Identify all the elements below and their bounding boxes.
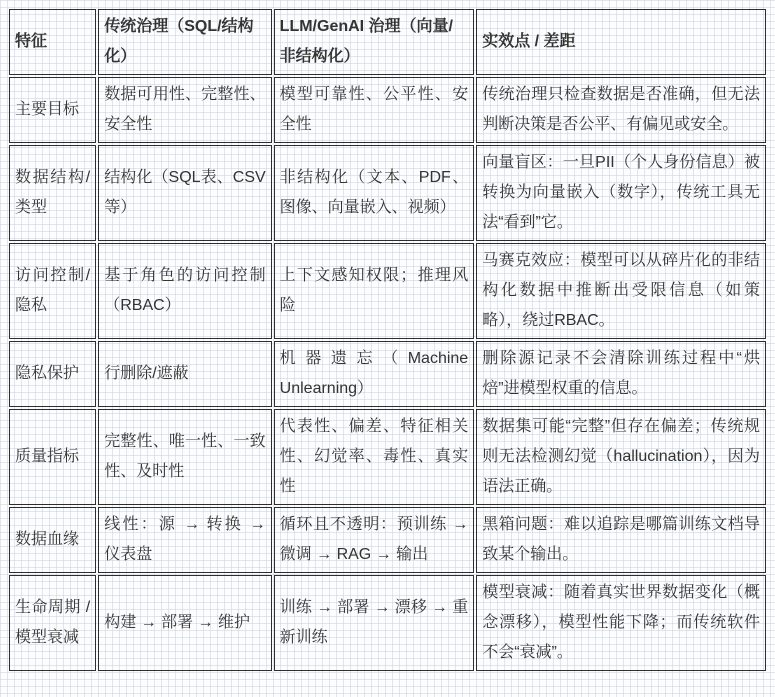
- cell-feature: 数据血缘: [9, 507, 96, 573]
- cell-llm: 训练 → 部署 → 漂移 → 重新训练: [274, 575, 475, 671]
- cell-traditional: 数据可用性、完整性、安全性: [98, 77, 271, 143]
- table-body: 主要目标数据可用性、完整性、安全性模型可靠性、公平性、安全性传统治理只检查数据是…: [9, 77, 766, 671]
- cell-traditional: 构建 → 部署 → 维护: [98, 575, 271, 671]
- cell-llm: 循环且不透明：预训练 → 微调 → RAG → 输出: [274, 507, 475, 573]
- cell-traditional: 基于角色的访问控制（RBAC）: [98, 243, 271, 339]
- header-cell-feature: 特征: [9, 9, 96, 75]
- table-row: 隐私保护行删除/遮蔽机器遗忘（Machine Unlearning）删除源记录不…: [9, 341, 766, 407]
- cell-feature: 主要目标: [9, 77, 96, 143]
- cell-gap: 删除源记录不会清除训练过程中“烘焙”进模型权重的信息。: [476, 341, 766, 407]
- cell-llm: 模型可靠性、公平性、安全性: [274, 77, 475, 143]
- table-row: 访问控制/隐私基于角色的访问控制（RBAC）上下文感知权限；推理风险马赛克效应：…: [9, 243, 766, 339]
- header-cell-traditional: 传统治理（SQL/结构化）: [98, 9, 271, 75]
- table-row: 生命周期 / 模型衰减构建 → 部署 → 维护训练 → 部署 → 漂移 → 重新…: [9, 575, 766, 671]
- header-cell-gap: 实效点 / 差距: [476, 9, 766, 75]
- cell-llm: 机器遗忘（Machine Unlearning）: [274, 341, 475, 407]
- table-row: 质量指标完整性、唯一性、一致性、及时性代表性、偏差、特征相关性、幻觉率、毒性、真…: [9, 409, 766, 505]
- cell-llm: 非结构化（文本、PDF、图像、向量嵌入、视频）: [274, 145, 475, 241]
- cell-traditional: 完整性、唯一性、一致性、及时性: [98, 409, 271, 505]
- cell-traditional: 结构化（SQL表、CSV等）: [98, 145, 271, 241]
- header-row: 特征 传统治理（SQL/结构化） LLM/GenAI 治理（向量/非结构化） 实…: [9, 9, 766, 75]
- cell-feature: 数据结构/类型: [9, 145, 96, 241]
- cell-traditional: 行删除/遮蔽: [98, 341, 271, 407]
- cell-traditional: 线性：源 → 转换 → 仪表盘: [98, 507, 271, 573]
- cell-feature: 隐私保护: [9, 341, 96, 407]
- cell-gap: 黑箱问题：难以追踪是哪篇训练文档导致某个输出。: [476, 507, 766, 573]
- table-row: 数据结构/类型结构化（SQL表、CSV等）非结构化（文本、PDF、图像、向量嵌入…: [9, 145, 766, 241]
- cell-feature: 访问控制/隐私: [9, 243, 96, 339]
- cell-feature: 生命周期 / 模型衰减: [9, 575, 96, 671]
- cell-gap: 模型衰减：随着真实世界数据变化（概念漂移），模型性能下降；而传统软件不会“衰减”…: [476, 575, 766, 671]
- table-header: 特征 传统治理（SQL/结构化） LLM/GenAI 治理（向量/非结构化） 实…: [9, 9, 766, 75]
- cell-feature: 质量指标: [9, 409, 96, 505]
- table-row: 数据血缘线性：源 → 转换 → 仪表盘循环且不透明：预训练 → 微调 → RAG…: [9, 507, 766, 573]
- table-row: 主要目标数据可用性、完整性、安全性模型可靠性、公平性、安全性传统治理只检查数据是…: [9, 77, 766, 143]
- cell-gap: 数据集可能“完整”但存在偏差；传统规则无法检测幻觉（hallucination）…: [476, 409, 766, 505]
- document-page: 特征 传统治理（SQL/结构化） LLM/GenAI 治理（向量/非结构化） 实…: [0, 0, 775, 673]
- governance-comparison-table: 特征 传统治理（SQL/结构化） LLM/GenAI 治理（向量/非结构化） 实…: [7, 7, 768, 673]
- cell-llm: 上下文感知权限；推理风险: [274, 243, 475, 339]
- cell-gap: 向量盲区：一旦PII（个人身份信息）被转换为向量嵌入（数字），传统工具无法“看到…: [476, 145, 766, 241]
- cell-llm: 代表性、偏差、特征相关性、幻觉率、毒性、真实性: [274, 409, 475, 505]
- cell-gap: 传统治理只检查数据是否准确，但无法判断决策是否公平、有偏见或安全。: [476, 77, 766, 143]
- cell-gap: 马赛克效应：模型可以从碎片化的非结构化数据中推断出受限信息（如策略），绕过RBA…: [476, 243, 766, 339]
- header-cell-llm: LLM/GenAI 治理（向量/非结构化）: [274, 9, 475, 75]
